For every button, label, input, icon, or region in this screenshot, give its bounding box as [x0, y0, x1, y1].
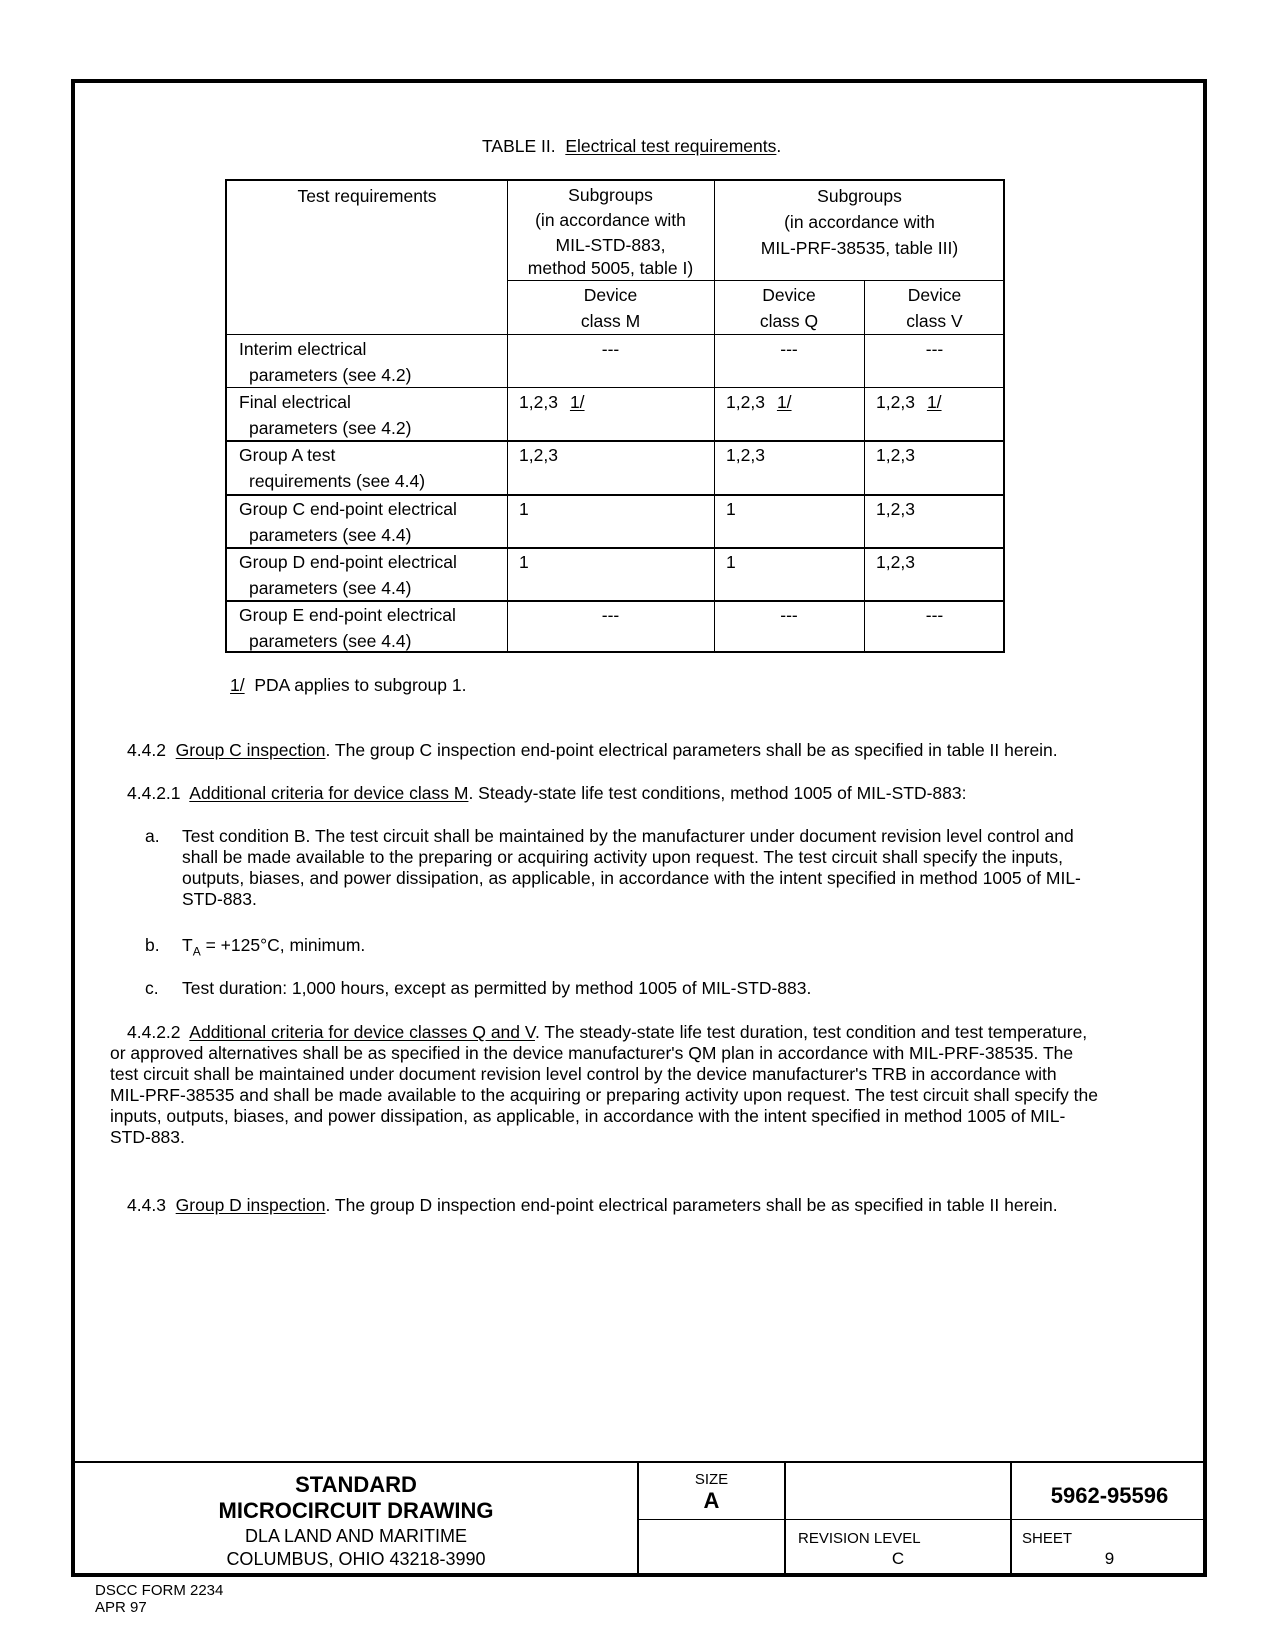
cell-subgroups-m: --- [507, 336, 714, 362]
section-number: 4.4.3 [127, 1195, 166, 1215]
text-line: parameters (see 4.4) [239, 575, 505, 601]
subgroup-value: --- [926, 339, 943, 359]
subgroup-value: --- [602, 339, 619, 359]
cell-subgroups-m: 1,2,31/ [519, 389, 714, 415]
text-line: test circuit shall be maintained under d… [110, 1064, 1098, 1085]
footer-title-standard: STANDARD [75, 1472, 637, 1498]
item-b-text: TA = +125°C, minimum. [182, 935, 365, 963]
form-number: DSCC FORM 2234 [95, 1582, 223, 1599]
footer-org: DLA LAND AND MARITIME [75, 1526, 637, 1547]
text-line: parameters (see 4.2) [239, 362, 505, 388]
subgroup-value: 1 [726, 499, 736, 519]
cell-subgroups-q: --- [714, 336, 864, 362]
footnote-ref: 1/ [570, 392, 585, 412]
text-line: parameters (see 4.4) [239, 628, 505, 654]
text-line: class V [864, 308, 1005, 334]
text-line: Test condition B. The test circuit shall… [182, 826, 1081, 847]
section-title: Additional criteria for device classes Q… [189, 1022, 535, 1042]
row-requirement: Group D end-point electricalparameters (… [239, 549, 505, 601]
section-4-4-2-2-body: or approved alternatives shall be as spe… [110, 1043, 1098, 1148]
text-line: STD-883. [182, 889, 1081, 910]
cell-subgroups-v: 1,2,3 [876, 549, 1005, 575]
header-subgroups-38535: Subgroups(in accordance withMIL-PRF-3853… [714, 183, 1005, 261]
temp-subscript: A [193, 945, 201, 959]
subgroup-value: --- [780, 605, 797, 625]
text-line: (in accordance with [714, 209, 1005, 235]
subgroup-value: 1 [519, 499, 529, 519]
text-line: inputs, outputs, biases, and power dissi… [110, 1106, 1098, 1127]
header-test-requirements: Test requirements [227, 183, 507, 209]
header-class-m: Deviceclass M [507, 282, 714, 334]
text-line: Device [864, 282, 1005, 308]
cell-subgroups-m: 1 [519, 549, 714, 575]
text-line: Test requirements [227, 183, 507, 209]
subgroup-value: 1,2,3 [726, 445, 765, 465]
text-line: MIL-STD-883, [507, 233, 714, 258]
item-a-label: a. [145, 826, 160, 847]
text-line: Device [714, 282, 864, 308]
text-line: Device [507, 282, 714, 308]
cell-subgroups-q: --- [714, 602, 864, 628]
section-4-4-3: 4.4.3 Group D inspection. The group D in… [127, 1195, 1058, 1216]
text-line: parameters (see 4.2) [239, 415, 505, 441]
text-line: method 5005, table I) [507, 258, 714, 278]
cell-subgroups-m: --- [507, 602, 714, 628]
section-text: . Steady-state life test conditions, met… [468, 783, 966, 803]
header-class-q: Deviceclass Q [714, 282, 864, 334]
drawing-number: 5962-95596 [1012, 1483, 1207, 1509]
cell-subgroups-q: 1,2,3 [726, 442, 864, 468]
text-line: Interim electrical [239, 336, 505, 362]
size-value: A [639, 1488, 784, 1514]
footnote-ref: 1/ [927, 392, 942, 412]
header-class-v: Deviceclass V [864, 282, 1005, 334]
text-line: Group C end-point electrical [239, 496, 505, 522]
header-bottom-line [227, 334, 1003, 335]
section-text: . The group C inspection end-point elect… [325, 740, 1057, 760]
header-subgroups-883: Subgroups(in accordance withMIL-STD-883,… [507, 183, 714, 278]
subgroup-value: 1,2,3 [876, 552, 915, 572]
row-requirement: Group A testrequirements (see 4.4) [239, 442, 505, 494]
cell-subgroups-m: 1,2,3 [519, 442, 714, 468]
text-line: MIL-PRF-38535 and shall be made availabl… [110, 1085, 1098, 1106]
section-number: 4.4.2 [127, 740, 166, 760]
form-date: APR 97 [95, 1599, 147, 1616]
text-line: Subgroups [507, 183, 714, 208]
subgroup-value: --- [926, 605, 943, 625]
text-line: class Q [714, 308, 864, 334]
subgroup-value: 1,2,3 [519, 392, 558, 412]
section-title: Group D inspection [176, 1195, 326, 1215]
header-divider [507, 280, 1003, 281]
row-requirement: Group E end-point electricalparameters (… [239, 602, 505, 654]
footnote-marker: 1/ [230, 675, 245, 695]
text-line: shall be made available to the preparing… [182, 847, 1081, 868]
subgroup-value: 1,2,3 [876, 392, 915, 412]
cell-subgroups-m: 1 [519, 496, 714, 522]
section-4-4-2: 4.4.2 Group C inspection. The group C in… [127, 740, 1058, 761]
text-line: outputs, biases, and power dissipation, … [182, 868, 1081, 889]
footer-mid-line [637, 1519, 1207, 1520]
text-line: requirements (see 4.4) [239, 468, 505, 494]
table-title: Electrical test requirements [565, 136, 776, 156]
temp-symbol: T [182, 935, 193, 955]
subgroup-value: --- [602, 605, 619, 625]
revision-label: REVISION LEVEL [798, 1530, 921, 1547]
item-c-text: Test duration: 1,000 hours, except as pe… [182, 978, 811, 999]
item-c-label: c. [145, 978, 159, 999]
row-requirement: Group C end-point electricalparameters (… [239, 496, 505, 548]
text-line: MIL-PRF-38535, table III) [714, 235, 1005, 261]
table-number: TABLE II. [482, 136, 556, 156]
row-requirement: Final electricalparameters (see 4.2) [239, 389, 505, 441]
section-number: 4.4.2.2 [127, 1022, 181, 1042]
text-line: Subgroups [714, 183, 1005, 209]
subgroup-value: 1,2,3 [726, 392, 765, 412]
footer-top-line [75, 1461, 1207, 1463]
section-4-4-2-2: 4.4.2.2 Additional criteria for device c… [127, 1022, 1087, 1043]
footer-title-drawing: MICROCIRCUIT DRAWING [75, 1498, 637, 1524]
section-4-4-2-1: 4.4.2.1 Additional criteria for device c… [127, 783, 966, 804]
section-text: . The steady-state life test duration, t… [535, 1022, 1087, 1042]
footer-address: COLUMBUS, OHIO 43218-3990 [75, 1549, 637, 1570]
text-line: Final electrical [239, 389, 505, 415]
electrical-test-table: Test requirementsSubgroups(in accordance… [225, 179, 1005, 653]
sheet-value: 9 [1012, 1549, 1207, 1569]
text-line: class M [507, 308, 714, 334]
item-a-text: Test condition B. The test circuit shall… [182, 826, 1081, 910]
cell-subgroups-v: --- [864, 336, 1005, 362]
subgroup-value: --- [780, 339, 797, 359]
cell-subgroups-v: 1,2,3 [876, 442, 1005, 468]
text-line: (in accordance with [507, 208, 714, 233]
temp-value: = +125°C, minimum. [201, 935, 366, 955]
item-b-label: b. [145, 935, 160, 956]
text-line: Group A test [239, 442, 505, 468]
sheet-label: SHEET [1022, 1530, 1072, 1547]
size-label: SIZE [639, 1471, 784, 1488]
table-footnote: 1/ PDA applies to subgroup 1. [230, 675, 466, 696]
text-line: STD-883. [110, 1127, 1098, 1148]
section-title: Group C inspection [176, 740, 326, 760]
section-text: . The group D inspection end-point elect… [325, 1195, 1057, 1215]
cell-subgroups-q: 1 [726, 549, 864, 575]
revision-value: C [786, 1549, 1010, 1569]
cell-subgroups-q: 1 [726, 496, 864, 522]
subgroup-value: 1,2,3 [876, 445, 915, 465]
text-line: or approved alternatives shall be as spe… [110, 1043, 1098, 1064]
subgroup-value: 1 [726, 552, 736, 572]
cell-subgroups-q: 1,2,31/ [726, 389, 864, 415]
row-requirement: Interim electricalparameters (see 4.2) [239, 336, 505, 388]
subgroup-value: 1 [519, 552, 529, 572]
section-title: Additional criteria for device class M [189, 783, 468, 803]
caption-period: . [776, 136, 781, 156]
text-line: Group D end-point electrical [239, 549, 505, 575]
footnote-ref: 1/ [777, 392, 792, 412]
cell-subgroups-v: 1,2,31/ [876, 389, 1005, 415]
cell-subgroups-v: 1,2,3 [876, 496, 1005, 522]
section-number: 4.4.2.1 [127, 783, 181, 803]
subgroup-value: 1,2,3 [876, 499, 915, 519]
footnote-text: PDA applies to subgroup 1. [254, 675, 466, 695]
subgroup-value: 1,2,3 [519, 445, 558, 465]
text-line: Group E end-point electrical [239, 602, 505, 628]
text-line: parameters (see 4.4) [239, 522, 505, 548]
cell-subgroups-v: --- [864, 602, 1005, 628]
table-caption: TABLE II. Electrical test requirements. [482, 136, 781, 157]
